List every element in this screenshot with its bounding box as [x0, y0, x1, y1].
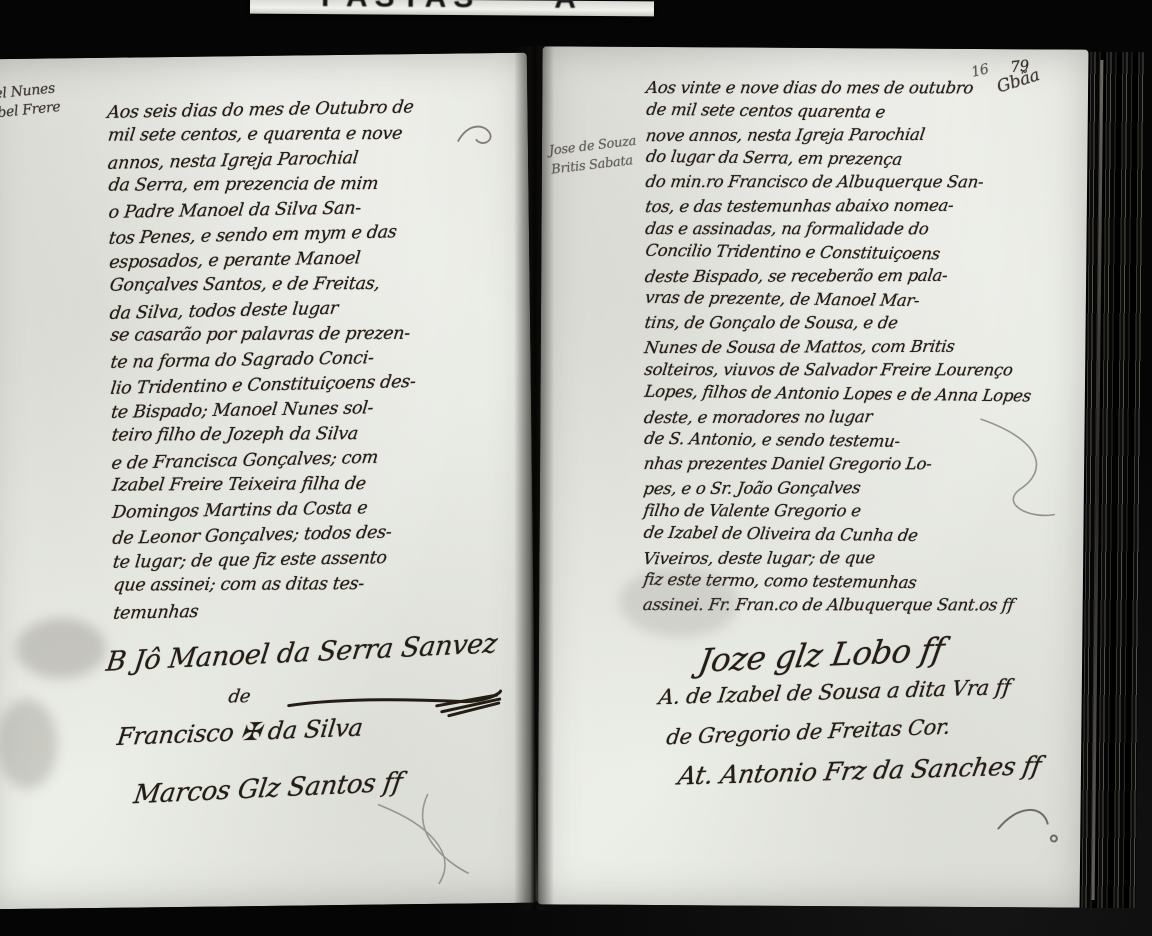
handwritten-line: vras de prezente, de Manoel Mar- [644, 285, 1059, 314]
handwritten-line: das e assinadas, na formalidade do [644, 217, 1059, 241]
handwritten-line: solteiros, viuvos de Salvador Freire Lou… [643, 358, 1058, 382]
book-gutter-shadow [514, 46, 554, 910]
handwritten-line: deste Bispado, se receberão em pala- [643, 263, 1059, 288]
ink-smudge [0, 698, 58, 789]
manuscript-page-right: 16 79 Gbãa Jose de Souza Britis Sabata A… [537, 46, 1088, 907]
pen-squiggle [988, 789, 1068, 859]
margin-note-line: zabel Frere [0, 98, 61, 125]
handwritten-line: do min.ro Francisco de Albuquerque San- [644, 170, 1059, 194]
right-page-record-text: Aos vinte e nove dias do mes de outubrod… [643, 75, 1058, 618]
book-fore-edge [1080, 52, 1145, 909]
left-page-record-text: Aos seis dias do mes de Outubro demil se… [107, 95, 505, 625]
caption-label-text: PASTAS A [250, 0, 654, 16]
handwritten-line: tins, de Gonçalo de Sousa, e de [643, 311, 1058, 335]
ink-smudge [16, 618, 107, 679]
handwritten-line: do lugar da Serra, em prezença [645, 144, 1060, 173]
ink-smudge [619, 567, 739, 638]
handwritten-line: de mil sete centos quarenta e [645, 97, 1060, 126]
handwritten-line: Aos vinte e nove dias do mes de outubro [645, 76, 1060, 100]
right-margin-note: Jose de Souza Britis Sabata [548, 132, 639, 180]
right-signature-2: A. de Izabel de Sousa a dita Vra ff [657, 675, 1012, 709]
left-signature-witness-cross: Francisco ✠ da Silva [115, 713, 364, 751]
right-signature-1: Joze glz Lobo ff [696, 630, 947, 680]
caption-word-left: PASTAS [321, 0, 480, 15]
right-signature-4: At. Antonio Frz da Sanches ff [676, 751, 1043, 791]
pen-squiggle [960, 409, 1071, 530]
caption-label: PASTAS A [250, 0, 654, 16]
manuscript-page-left: Mel Nunes zabel Frere Aos seis dias do m… [0, 53, 537, 910]
left-signature-priest: B Jô Manoel da Serra Sanvez [104, 628, 499, 678]
handwritten-line: tos, e das testemunhas abaixo nomea- [644, 193, 1060, 218]
caption-word-right: A [554, 0, 583, 16]
handwritten-line: Lopes, filhos de Antonio Lopes e de Anna… [643, 379, 1058, 408]
left-signature-connector: de [227, 686, 251, 707]
left-signature-witness2: Marcos Glz Santos ff [132, 767, 405, 810]
pen-squiggle [450, 113, 500, 154]
handwritten-line: nove annos, nesta Igreja Parochial [644, 122, 1060, 147]
photo-of-manuscript: PASTAS A Mel Nunes zabel Frere Aos seis … [0, 0, 1152, 936]
right-signature-3: de Gregorio de Freitas Cor. [665, 715, 951, 750]
left-margin-note: Mel Nunes zabel Frere [0, 79, 61, 125]
handwritten-line: Nunes de Sousa de Mattos, com Britis [643, 334, 1059, 359]
handwritten-line: Viveiros, deste lugar; de que [642, 545, 1058, 570]
pen-squiggle [368, 783, 489, 904]
handwritten-line: Concilio Tridentino e Constituiçoens [644, 238, 1059, 267]
